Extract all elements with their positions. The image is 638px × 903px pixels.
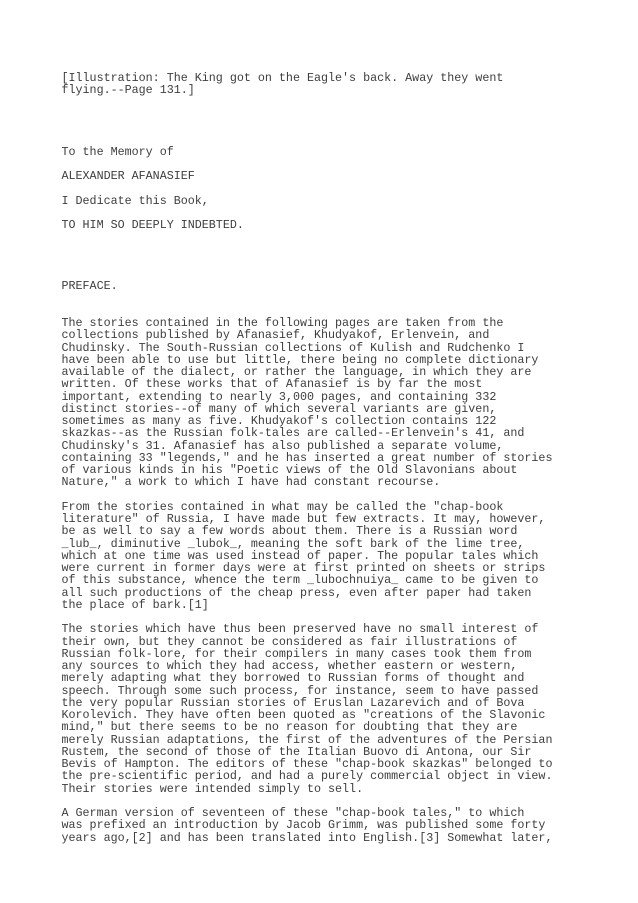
preface-paragraph-2: From the stories contained in what may b… [62, 501, 553, 611]
preface-paragraph-4: A German version of seventeen of these "… [62, 807, 553, 844]
dedication-memory: To the Memory of [62, 146, 553, 158]
preface-paragraph-3: The stories which have thus been preserv… [62, 623, 553, 795]
illustration-caption: [Illustration: The King got on the Eagle… [62, 72, 553, 97]
document-text: [Illustration: The King got on the Eagle… [62, 72, 553, 844]
dedication-name: ALEXANDER AFANASIEF [62, 170, 553, 182]
dedication-indebted: TO HIM SO DEEPLY INDEBTED. [62, 219, 553, 231]
preface-heading: PREFACE. [62, 280, 553, 292]
book-page: [Illustration: The King got on the Eagle… [0, 0, 638, 903]
preface-paragraph-1: The stories contained in the following p… [62, 317, 553, 489]
dedication-dedicate: I Dedicate this Book, [62, 195, 553, 207]
